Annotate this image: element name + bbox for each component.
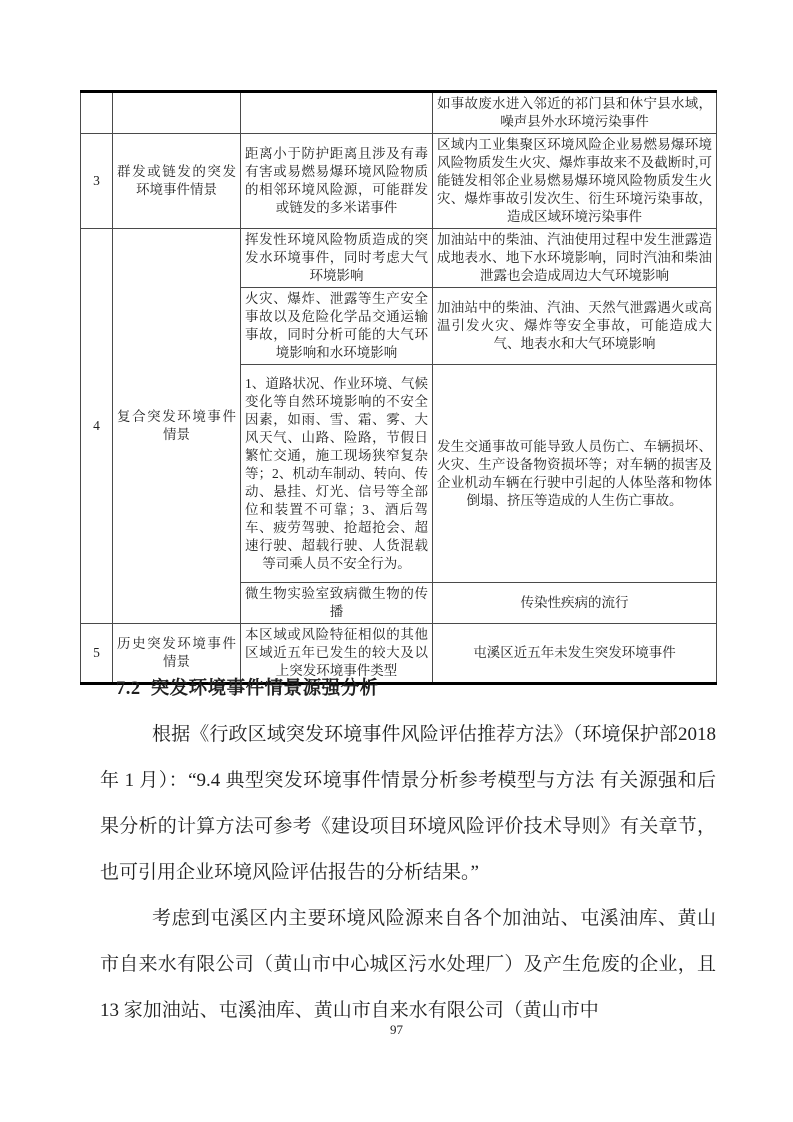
table-row: 4 复合突发环境事件情景 挥发性环境风险物质造成的突发水环境事件，同时考虑大气环… — [81, 229, 717, 288]
page-number: 97 — [0, 1022, 793, 1038]
cell-desc: 微生物实验室致病微生物的传播 — [241, 583, 433, 624]
cell-desc: 挥发性环境风险物质造成的突发水环境事件，同时考虑大气环境影响 — [241, 229, 433, 288]
cell-desc: 距离小于防护距离且涉及有毒有害或易燃易爆环境风险物质的相邻环境风险源，可能群发或… — [241, 134, 433, 229]
cell-scenario — [113, 92, 241, 134]
section-title: 突发环境事件情景源强分析 — [151, 679, 379, 699]
cell-no: 5 — [81, 624, 113, 684]
cell-desc: 火灾、爆炸、泄露等生产安全事故以及危险化学品交通运输事故，同时分析可能的大气环境… — [241, 288, 433, 365]
cell-no: 4 — [81, 229, 113, 624]
cell-scenario: 群发或链发的突发环境事件情景 — [113, 134, 241, 229]
cell-analysis: 加油站中的柴油、汽油使用过程中发生泄露造成地表水、地下水环境影响，同时汽油和柴油… — [433, 229, 717, 288]
table-row: 3 群发或链发的突发环境事件情景 距离小于防护距离且涉及有毒有害或易燃易爆环境风… — [81, 134, 717, 229]
cell-desc: 1、道路状况、作业环境、气候变化等自然环境影响的不安全因素，如雨、雪、霜、雾、大… — [241, 365, 433, 583]
paragraph: 考虑到屯溪区内主要环境风险源来自各个加油站、屯溪油库、黄山市自来水有限公司（黄山… — [100, 896, 716, 1034]
cell-desc — [241, 92, 433, 134]
document-page: 如事故废水进入邻近的祁门县和休宁县水域，噪声县外水环境污染事件 3 群发或链发的… — [0, 0, 793, 1122]
cell-analysis: 传染性疾病的流行 — [433, 583, 717, 624]
cell-no — [81, 92, 113, 134]
cell-no: 3 — [81, 134, 113, 229]
cell-analysis: 区域内工业集聚区环境风险企业易燃易爆环境风险物质发生火灾、爆炸事故来不及截断时,… — [433, 134, 717, 229]
body-text: 根据《行政区域突发环境事件风险评估推荐方法》（环境保护部2018 年 1 月）：… — [100, 712, 716, 1034]
scenario-table: 如事故废水进入邻近的祁门县和休宁县水域，噪声县外水环境污染事件 3 群发或链发的… — [80, 90, 717, 685]
table-row: 如事故废水进入邻近的祁门县和休宁县水域，噪声县外水环境污染事件 — [81, 92, 717, 134]
paragraph: 根据《行政区域突发环境事件风险评估推荐方法》（环境保护部2018 年 1 月）：… — [100, 712, 716, 896]
cell-analysis: 如事故废水进入邻近的祁门县和休宁县水域，噪声县外水环境污染事件 — [433, 92, 717, 134]
cell-analysis: 屯溪区近五年未发生突发环境事件 — [433, 624, 717, 684]
cell-scenario: 复合突发环境事件情景 — [113, 229, 241, 624]
cell-analysis: 发生交通事故可能导致人员伤亡、车辆损坏、火灾、生产设备物资损坏等；对车辆的损害及… — [433, 365, 717, 583]
section-heading: 7.2突发环境事件情景源强分析 — [116, 674, 379, 700]
section-number: 7.2 — [116, 679, 141, 699]
cell-analysis: 加油站中的柴油、汽油、天然气泄露遇火或高温引发火灾、爆炸等安全事故，可能造成大气… — [433, 288, 717, 365]
